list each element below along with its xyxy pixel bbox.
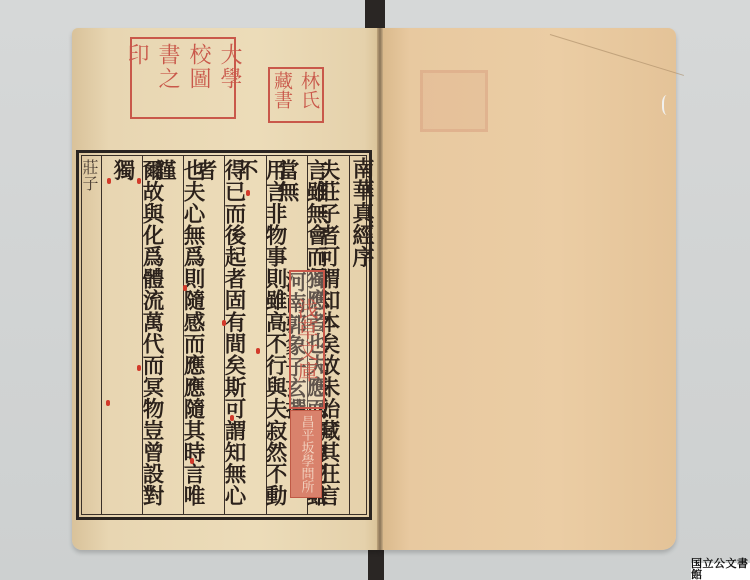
binding-strap-top [365, 0, 385, 30]
preface-title: 南華真經序 [347, 157, 376, 268]
punctuation-mark [246, 190, 250, 196]
asakusa-bunko-stamp: 浅草文庫 [289, 270, 325, 409]
seal-large-square: 大學校圖書之印 [130, 37, 236, 119]
text-frame: 莊子 爾故與化爲體流萬代而冥物豈曾設對獨 也夫心無爲則隨感而應應隨其時言唯謹 得… [76, 150, 372, 520]
margin-heading: 莊子 [83, 159, 101, 191]
red-seal-vertical: 昌平坂學問所 [290, 410, 322, 498]
punctuation-mark [256, 348, 260, 354]
punctuation-mark [183, 285, 187, 291]
punctuation-mark [190, 458, 194, 464]
punctuation-mark [106, 400, 110, 406]
punctuation-mark [230, 415, 234, 421]
book-gutter [377, 28, 383, 550]
archive-watermark: 国立公文書館 National Archives of Japan [691, 563, 750, 580]
punctuation-mark [107, 178, 111, 184]
paper-tear [662, 95, 674, 115]
faint-seal-offset [420, 70, 488, 132]
punctuation-mark [137, 365, 141, 371]
punctuation-mark [137, 178, 141, 184]
column-rule [101, 155, 102, 515]
binding-strap-bottom [368, 550, 384, 580]
punctuation-mark [222, 320, 226, 326]
watermark-jp: 国立公文書館 [691, 558, 750, 580]
seal-small-square: 林氏藏書 [268, 67, 324, 123]
